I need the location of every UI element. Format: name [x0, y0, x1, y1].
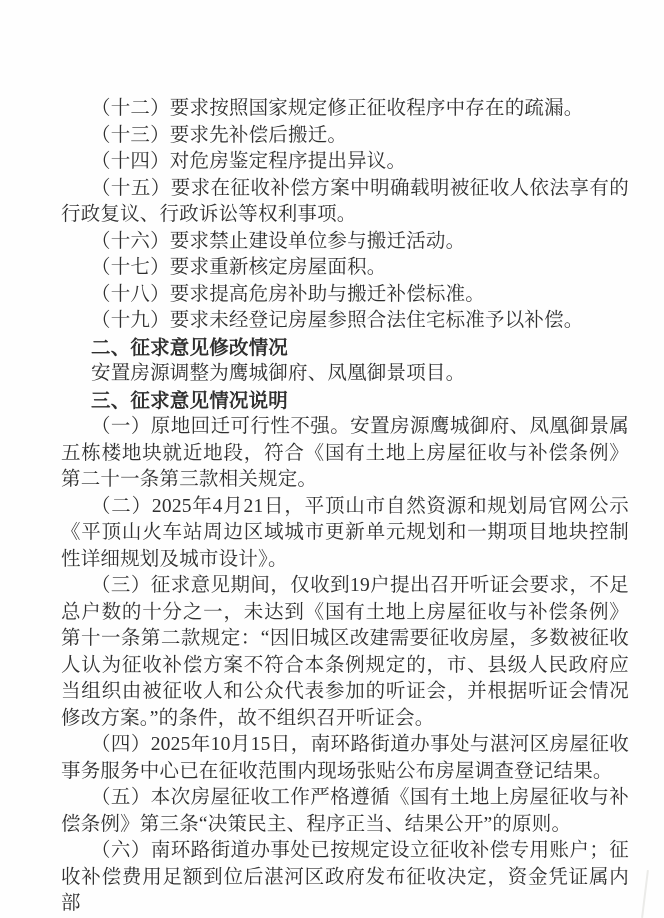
list-item-13: （十三）要求先补偿后搬迁。 [61, 123, 629, 150]
para-explain-5: （五）本次房屋征收工作严格遵循《国有土地上房屋征收与补偿条例》第三条“决策民主、… [61, 785, 629, 838]
list-item-12: （十二）要求按照国家规定修正征收程序中存在的疏漏。 [61, 96, 629, 123]
section-heading-3: 三、征求意见情况说明 [61, 388, 629, 415]
para-explain-4: （四）2025年10月15日，南环路街道办事处与湛河区房屋征收事务服务中心已在征… [61, 732, 629, 785]
list-item-15: （十五）要求在征收补偿方案中明确载明被征收人依法享有的行政复议、行政诉讼等权利事… [61, 176, 629, 229]
para-resettlement-adjust: 安置房源调整为鹰城御府、凤凰御景项目。 [61, 361, 629, 388]
list-item-14: （十四）对危房鉴定程序提出异议。 [61, 149, 629, 176]
para-explain-2: （二）2025年4月21日，平顶山市自然资源和规划局官网公示《平顶山火车站周边区… [61, 494, 629, 574]
para-explain-3: （三）征求意见期间，仅收到19户提出召开听证会要求，不足总户数的十分之一，未达到… [61, 573, 629, 732]
document-page: （十二）要求按照国家规定修正征收程序中存在的疏漏。 （十三）要求先补偿后搬迁。 … [0, 0, 664, 918]
list-item-17: （十七）要求重新核定房屋面积。 [61, 255, 629, 282]
para-explain-1: （一）原地回迁可行性不强。安置房源鹰城御府、凤凰御景属五栋楼地块就近地段，符合《… [61, 414, 629, 494]
document-text-block: （十二）要求按照国家规定修正征收程序中存在的疏漏。 （十三）要求先补偿后搬迁。 … [61, 96, 629, 918]
list-item-16: （十六）要求禁止建设单位参与搬迁活动。 [61, 229, 629, 256]
list-item-19: （十九）要求未经登记房屋参照合法住宅标准予以补偿。 [61, 308, 629, 335]
section-heading-2: 二、征求意见修改情况 [61, 335, 629, 362]
list-item-18: （十八）要求提高危房补助与搬迁补偿标准。 [61, 282, 629, 309]
scan-crease-mark [641, 870, 649, 918]
para-explain-6: （六）南环路街道办事处已按规定设立征收补偿专用账户；征收补偿费用足额到位后湛河区… [61, 838, 629, 918]
